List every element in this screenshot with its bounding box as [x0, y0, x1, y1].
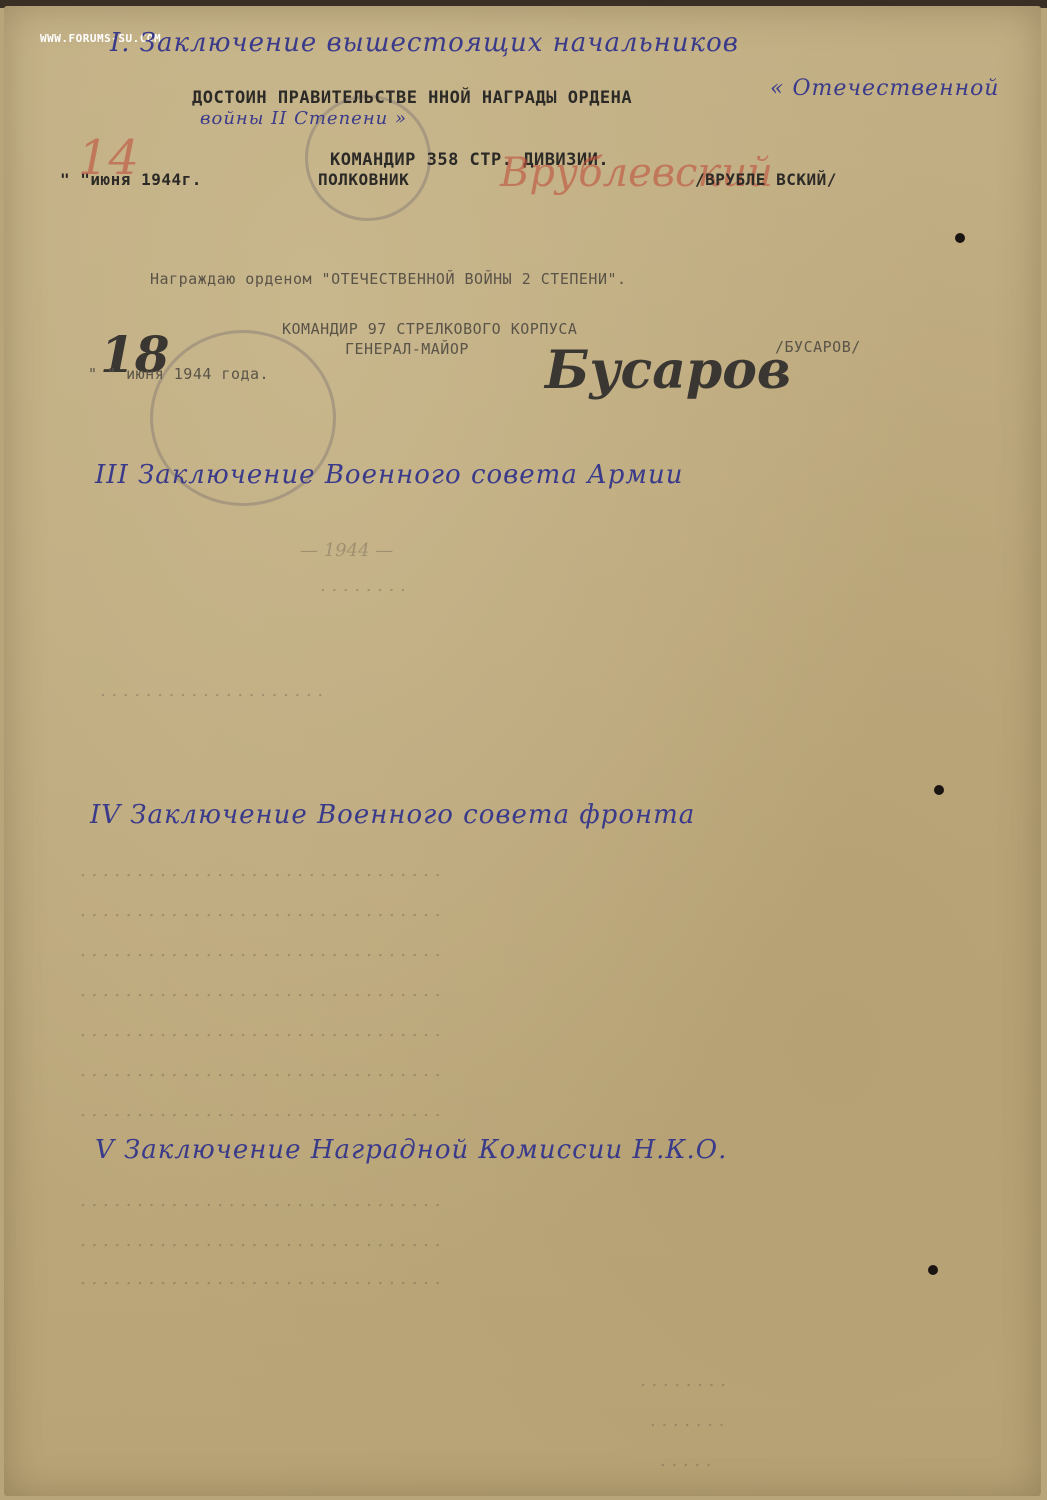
punch-hole: [934, 785, 944, 795]
bleedthrough-text: . . . . . . . . . . . . . . . . . . . . …: [80, 1060, 440, 1081]
handwritten-order-degree: войны II Степени »: [200, 108, 407, 129]
bleedthrough-text: . . . . . . . . . . . . . . . . . . . . …: [80, 1190, 440, 1211]
bleedthrough-text: . . . . . . . . . . . . . . . . . . . . …: [80, 1230, 440, 1251]
bleedthrough-text: . . . . . . . .: [320, 575, 406, 596]
corps-date: " " июня 1944 года.: [88, 365, 269, 383]
bleedthrough-text: . . . . . . . . . . . . . . . . . . . . …: [80, 860, 440, 881]
division-date-day: 14: [78, 130, 139, 186]
bleedthrough-text: . . . . .: [660, 1450, 712, 1471]
bleedthrough-text: . . . . . . . . . . . . . . . . . . . . …: [80, 900, 440, 921]
bleedthrough-text: . . . . . . . .: [640, 1370, 726, 1391]
corps-commander-name: /БУСАРОВ/: [775, 338, 861, 356]
section-3-heading: III Заключение Военного совета Армии: [95, 460, 683, 490]
section-1-heading: I. Заключение вышестоящих начальников: [110, 28, 739, 58]
corps-commander-signature: Бусаров: [545, 340, 791, 401]
division-commander-name: /ВРУБЛЕ ВСКИЙ/: [695, 170, 837, 189]
corps-commander-rank: ГЕНЕРАЛ-МАЙОР: [345, 340, 469, 358]
section-5-heading: V Заключение Наградной Комиссии Н.К.О.: [95, 1135, 727, 1165]
bleedthrough-text: . . . . . . . . . . . . . . . . . . . . …: [80, 940, 440, 961]
punch-hole: [928, 1265, 938, 1275]
section-4-heading: IV Заключение Военного совета фронта: [90, 800, 695, 830]
bleedthrough-text: . . . . . . . . . . . . . . . . . . . . …: [80, 980, 440, 1001]
typed-worthy-award: ДОСТОИН ПРАВИТЕЛЬСТВЕ ННОЙ НАГРАДЫ ОРДЕН…: [192, 88, 632, 108]
bleedthrough-text: . . . . . . . . . . . . . . . . . . . . …: [80, 1100, 440, 1121]
bleedthrough-text: . . . . . . .: [650, 1410, 724, 1431]
corps-commander-title: КОМАНДИР 97 СТРЕЛКОВОГО КОРПУСА: [282, 320, 577, 338]
bleedthrough-text: . . . . . . . . . . . . . . . . . . . .: [100, 680, 323, 701]
handwritten-order-name: « Отечественной: [770, 76, 999, 101]
division-commander-rank: ПОЛКОВНИК: [318, 170, 409, 189]
bleedthrough-text: — 1944 —: [300, 540, 393, 561]
bleedthrough-text: . . . . . . . . . . . . . . . . . . . . …: [80, 1020, 440, 1041]
award-line: Награждаю орденом "ОТЕЧЕСТВЕННОЙ ВОЙНЫ 2…: [150, 270, 627, 288]
bleedthrough-text: . . . . . . . . . . . . . . . . . . . . …: [80, 1268, 440, 1289]
punch-hole: [955, 233, 965, 243]
